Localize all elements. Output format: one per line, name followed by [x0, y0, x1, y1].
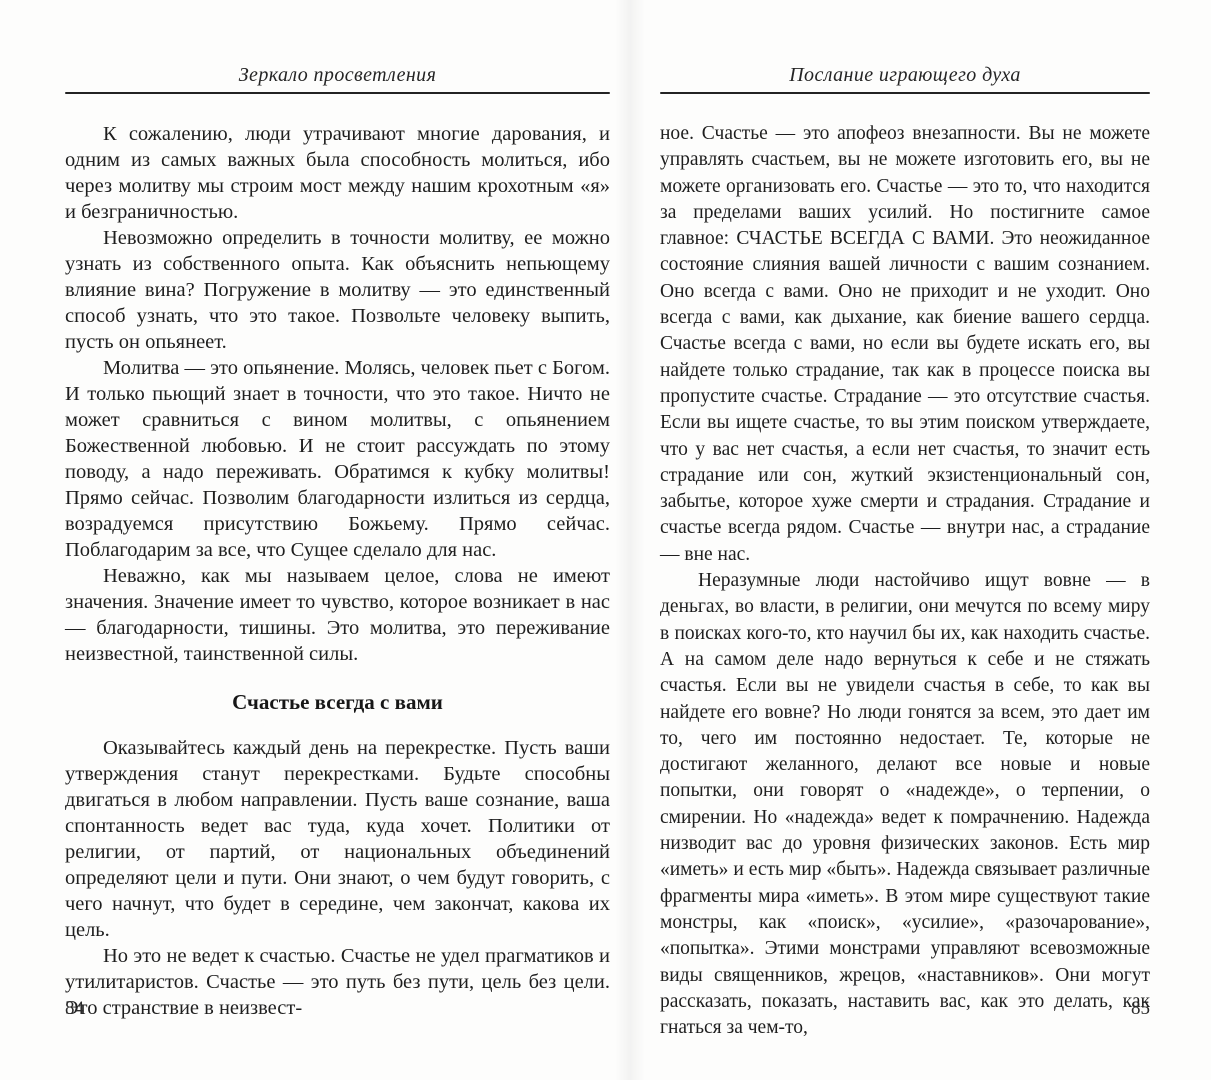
page-number-left: 84: [65, 998, 84, 1020]
paragraph: Неразумные люди настойчиво ищут вовне — …: [660, 568, 1150, 1041]
book-spread: Зеркало просветления К сожалению, люди у…: [0, 0, 1211, 1080]
paragraph: Невозможно определить в точности молитву…: [65, 225, 610, 355]
right-page-header: Послание играющего духа: [660, 64, 1150, 94]
left-page-header: Зеркало просветления: [65, 64, 610, 94]
paragraph: Молитва — это опьянение. Молясь, человек…: [65, 355, 610, 563]
page-84: Зеркало просветления К сожалению, люди у…: [0, 0, 630, 1080]
left-page-body: К сожалению, люди утрачивают многие даро…: [65, 121, 610, 1021]
left-header-rule: [65, 92, 610, 94]
paragraph: Оказывайтесь каждый день на перекрестке.…: [65, 735, 610, 943]
left-running-header: Зеркало просветления: [65, 64, 610, 87]
section-heading: Счастье всегда с вами: [65, 689, 610, 715]
right-header-rule: [660, 92, 1150, 94]
page-85: Послание играющего духа ное. Счастье — э…: [630, 0, 1211, 1080]
right-running-header: Послание играющего духа: [660, 64, 1150, 87]
right-page-body: ное. Счастье — это апофеоз внезапности. …: [660, 121, 1150, 1041]
paragraph: Неважно, как мы называем целое, слова не…: [65, 563, 610, 667]
page-number-right: 85: [1131, 998, 1150, 1020]
paragraph-continuation: ное. Счастье — это апофеоз внезапности. …: [660, 121, 1150, 568]
paragraph: К сожалению, люди утрачивают многие даро…: [65, 121, 610, 225]
paragraph: Но это не ведет к счастью. Счастье не уд…: [65, 943, 610, 1021]
